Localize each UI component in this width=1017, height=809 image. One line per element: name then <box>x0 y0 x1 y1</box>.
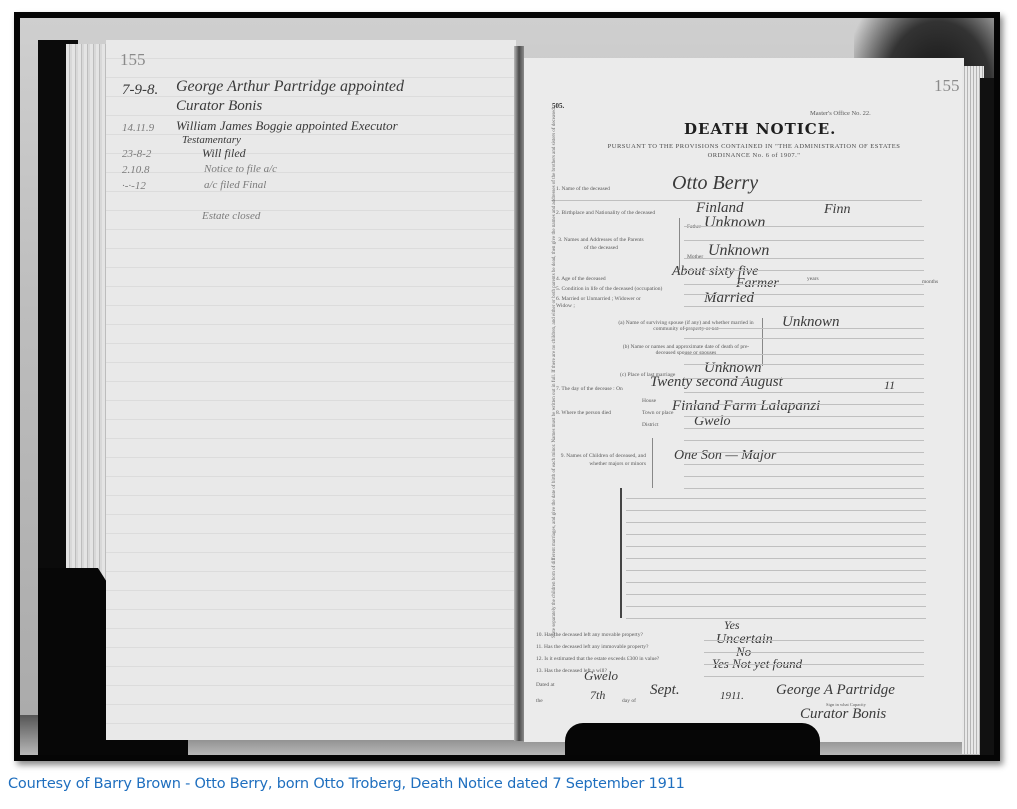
form-rule <box>684 258 924 259</box>
entry-text: a/c filed Final <box>204 179 266 191</box>
form-rule <box>684 488 924 489</box>
signature: George A Partridge <box>776 682 895 699</box>
years-label: years <box>807 276 819 282</box>
entry-date: 2.10.8 <box>122 164 150 176</box>
form-rule <box>684 354 924 355</box>
page-number: 155 <box>934 76 960 96</box>
ledger-left-page: 155 7-9-8. George Arthur Partridge appoi… <box>106 40 516 740</box>
form-rule <box>684 378 924 379</box>
field-label: 6. Married or Unmarried ; Widower or Wid… <box>556 296 656 310</box>
ledger-photograph: 155 7-9-8. George Arthur Partridge appoi… <box>20 18 994 755</box>
signatory-capacity: Curator Bonis <box>800 706 886 723</box>
children: One Son — Major <box>674 448 776 464</box>
entry-date: ·-·-12 <box>122 180 146 192</box>
field-label: 5. Condition in life of the deceased (oc… <box>556 286 662 292</box>
death-notice-page: 155 505. Master's Office No. 22. DEATH N… <box>524 58 964 742</box>
nationality: Finn <box>824 202 850 218</box>
field-label: 3. Names and Addresses of the Parents of… <box>556 236 646 252</box>
entry-date: 14.11.9 <box>122 122 154 134</box>
document-subtitle: PURSUANT TO THE PROVISIONS CONTAINED IN … <box>594 142 914 160</box>
day-of-label: day of <box>622 698 636 704</box>
estate-closed-note: Estate closed <box>202 210 260 222</box>
form-rule <box>684 464 924 465</box>
entry-text: Notice to file a/c <box>204 163 277 175</box>
page-number: 155 <box>120 50 146 70</box>
bracket <box>762 318 763 340</box>
field-label: 8. Where the person died <box>556 410 611 416</box>
deceased-name: Otto Berry <box>672 172 758 195</box>
dated-at-label: Dated at <box>536 682 554 688</box>
form-rule <box>684 270 924 271</box>
book-gutter <box>514 46 524 741</box>
father-label: Father <box>687 224 701 230</box>
entry-text: George Arthur Partridge appointed <box>176 78 404 96</box>
form-rule <box>704 676 924 677</box>
field-label: 9. Names of Children of deceased, and wh… <box>546 452 646 468</box>
bracket <box>652 438 653 488</box>
form-rule <box>684 428 924 429</box>
form-rule <box>626 558 926 559</box>
death-year: 11 <box>884 378 895 393</box>
months-label: months <box>922 279 938 285</box>
bracket <box>679 218 680 270</box>
field-label: 12. Is it estimated that the estate exce… <box>536 656 659 662</box>
form-rule <box>684 364 924 365</box>
entry-continuation: Curator Bonis <box>176 98 262 115</box>
entry-date: 7-9-8. <box>122 82 158 99</box>
form-rule <box>684 452 924 453</box>
place-of-death: Finland Farm Lalapanzi <box>672 398 820 415</box>
entry-date: 23-8-2 <box>122 148 151 160</box>
form-rule <box>704 640 924 641</box>
form-rule <box>684 476 924 477</box>
field-label: 4. Age of the deceased <box>556 276 606 282</box>
form-rule <box>626 594 926 595</box>
form-rule <box>626 606 926 607</box>
document-title: DEATH NOTICE. <box>684 120 836 138</box>
form-rule <box>626 570 926 571</box>
father-name: Unknown <box>704 214 765 232</box>
form-rule <box>626 582 926 583</box>
town-label: Town or place <box>642 410 673 416</box>
the-label: the <box>536 698 543 704</box>
form-rule <box>684 226 924 227</box>
form-rule <box>684 416 924 417</box>
form-rule <box>626 618 926 619</box>
bracket <box>762 340 763 366</box>
marital-status: Married <box>704 290 754 307</box>
house-label: House <box>642 398 656 404</box>
form-rule <box>704 652 924 653</box>
form-rule <box>626 534 926 535</box>
field-label: 7. The day of the decease : On <box>556 386 623 392</box>
form-rule <box>684 240 924 241</box>
form-rule <box>684 294 924 295</box>
field-label: (a) Name of surviving spouse (if any) an… <box>616 320 756 332</box>
field-label: 10. Has the deceased left any movable pr… <box>536 632 643 638</box>
form-rule <box>684 392 924 393</box>
entry-continuation: Testamentary <box>182 134 241 146</box>
date-of-death: Twenty second August <box>650 374 783 391</box>
book-cover-right <box>980 78 994 755</box>
entry-text: Will filed <box>202 146 246 161</box>
book-stand <box>565 723 820 755</box>
document-photo-frame: 155 7-9-8. George Arthur Partridge appoi… <box>14 12 1000 761</box>
photo-caption: Courtesy of Barry Brown - Otto Berry, bo… <box>8 776 685 792</box>
field-label: 2. Birthplace and Nationality of the dec… <box>556 210 655 216</box>
form-rule <box>626 498 926 499</box>
bracket <box>620 488 622 618</box>
form-rule <box>626 510 926 511</box>
dated-day: 7th <box>590 688 605 703</box>
form-rule <box>684 338 924 339</box>
form-rule <box>684 440 924 441</box>
form-rule <box>704 664 924 665</box>
entry-text: William James Boggie appointed Executor <box>176 118 398 134</box>
form-rule <box>626 546 926 547</box>
form-rule <box>684 328 924 329</box>
dated-year: 1911. <box>720 690 744 702</box>
form-rule <box>684 306 924 307</box>
children-instructions-note: State separately the children born of di… <box>552 528 558 638</box>
dated-month: Sept. <box>650 682 680 699</box>
form-rule <box>626 522 926 523</box>
dated-at-place: Gwelo <box>584 668 618 684</box>
form-rule <box>684 404 924 405</box>
field-label: 1. Name of the deceased <box>556 186 610 192</box>
mother-label: Mother <box>687 254 703 260</box>
field-label: 11. Has the deceased left any immovable … <box>536 644 649 650</box>
movable-property: Yes <box>724 618 740 633</box>
masters-office-number: Master's Office No. 22. <box>810 110 871 117</box>
form-rule <box>684 284 924 285</box>
district-label: District <box>642 422 659 428</box>
